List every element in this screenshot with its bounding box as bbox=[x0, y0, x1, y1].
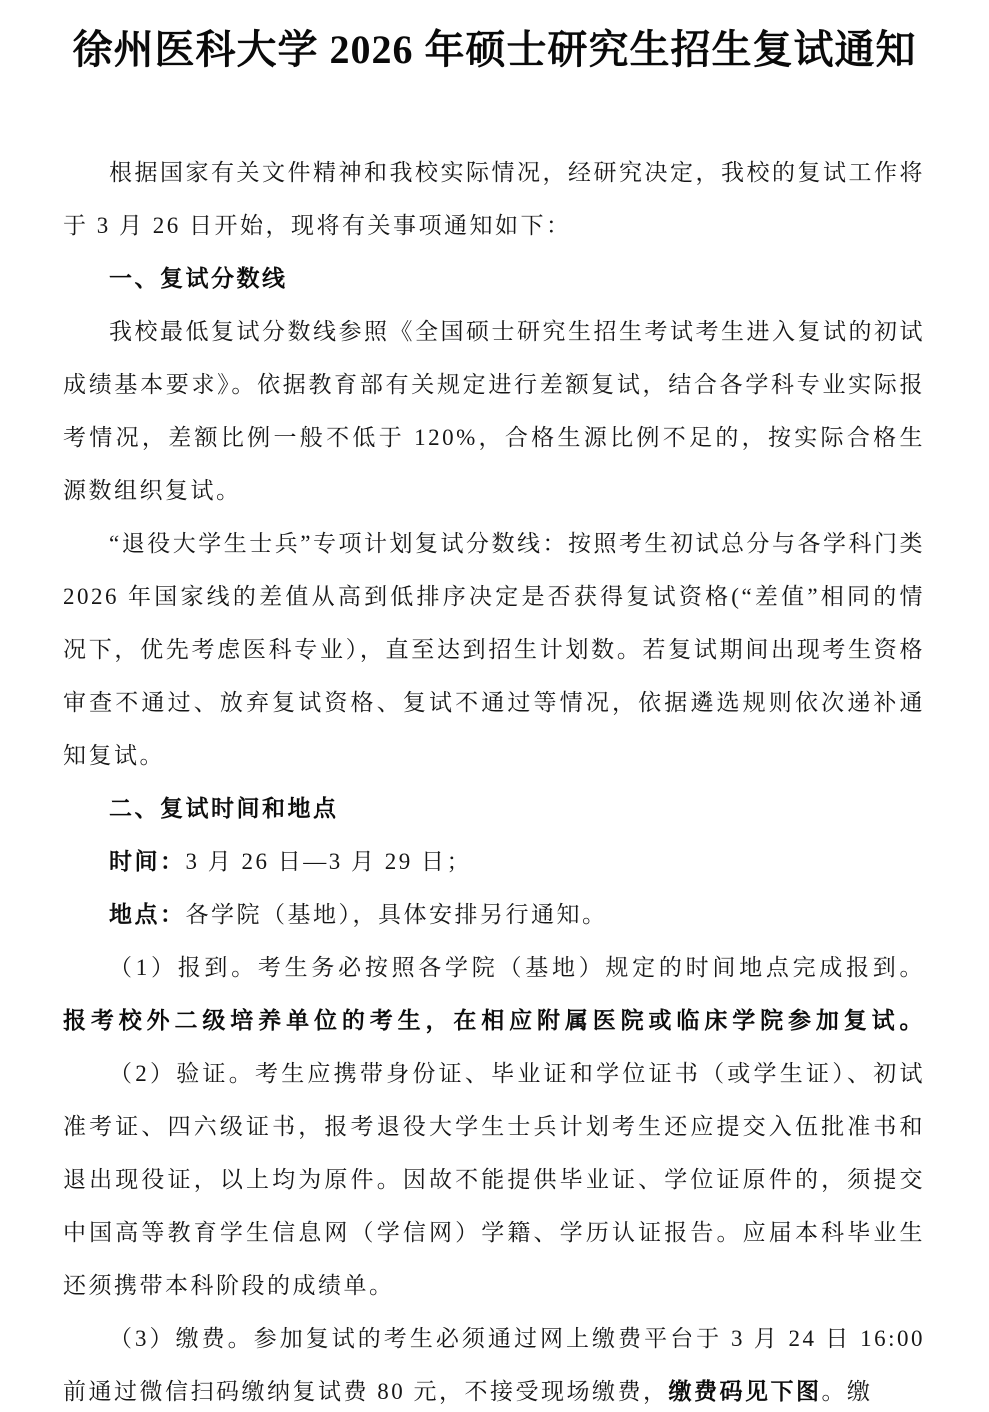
item3-payment-tail: 。缴 bbox=[822, 1379, 873, 1404]
section1-paragraph-scoreline-text: 我校最低复试分数线参照《全国硕士研究生招生考试考生进入复试的初试成绩基本要求》。… bbox=[63, 319, 925, 503]
section1-paragraph-veterans-text: “退役大学生士兵”专项计划复试分数线：按照考生初试总分与各学科门类 2026 年… bbox=[63, 531, 925, 768]
place-value: 各学院（基地），具体安排另行通知。 bbox=[186, 902, 608, 927]
item3-payment-bold-note: 缴费码见下图 bbox=[669, 1379, 822, 1404]
section1-paragraph-veterans: “退役大学生士兵”专项计划复试分数线：按照考生初试总分与各学科门类 2026 年… bbox=[63, 517, 925, 782]
section1-paragraph-scoreline: 我校最低复试分数线参照《全国硕士研究生招生考试考生进入复试的初试成绩基本要求》。… bbox=[63, 305, 925, 517]
place-label: 地点： bbox=[109, 902, 186, 927]
intro-text: 根据国家有关文件精神和我校实际情况，经研究决定，我校的复试工作将于 3 月 26… bbox=[63, 160, 925, 238]
document-title: 徐州医科大学 2026 年硕士研究生招生复试通知 bbox=[36, 26, 953, 74]
document-body: 根据国家有关文件精神和我校实际情况，经研究决定，我校的复试工作将于 3 月 26… bbox=[63, 146, 925, 1412]
item2-verification-text: （2）验证。考生应携带身份证、毕业证和学位证书（或学生证）、初试准考证、四六级证… bbox=[63, 1061, 925, 1298]
intro-paragraph: 根据国家有关文件精神和我校实际情况，经研究决定，我校的复试工作将于 3 月 26… bbox=[63, 146, 925, 252]
section1-heading: 一、复试分数线 bbox=[63, 252, 925, 305]
section2-heading: 二、复试时间和地点 bbox=[63, 782, 925, 835]
item1-checkin-text: （1）报到。考生务必按照各学院（基地）规定的时间地点完成报到。 bbox=[109, 955, 925, 980]
document-page: 徐州医科大学 2026 年硕士研究生招生复试通知 根据国家有关文件精神和我校实际… bbox=[0, 0, 989, 1412]
item1-checkin-paragraph: （1）报到。考生务必按照各学院（基地）规定的时间地点完成报到。报考校外二级培养单… bbox=[63, 941, 925, 1047]
time-label: 时间： bbox=[109, 849, 186, 874]
item1-checkin-bold-note: 报考校外二级培养单位的考生，在相应附属医院或临床学院参加复试。 bbox=[63, 994, 925, 1047]
place-line: 地点：各学院（基地），具体安排另行通知。 bbox=[63, 888, 925, 941]
item2-verification-paragraph: （2）验证。考生应携带身份证、毕业证和学位证书（或学生证）、初试准考证、四六级证… bbox=[63, 1047, 925, 1312]
time-line: 时间：3 月 26 日—3 月 29 日； bbox=[63, 835, 925, 888]
item3-payment-paragraph: （3）缴费。参加复试的考生必须通过网上缴费平台于 3 月 24 日 16:00 … bbox=[63, 1312, 925, 1412]
time-value: 3 月 26 日—3 月 29 日； bbox=[186, 849, 473, 874]
